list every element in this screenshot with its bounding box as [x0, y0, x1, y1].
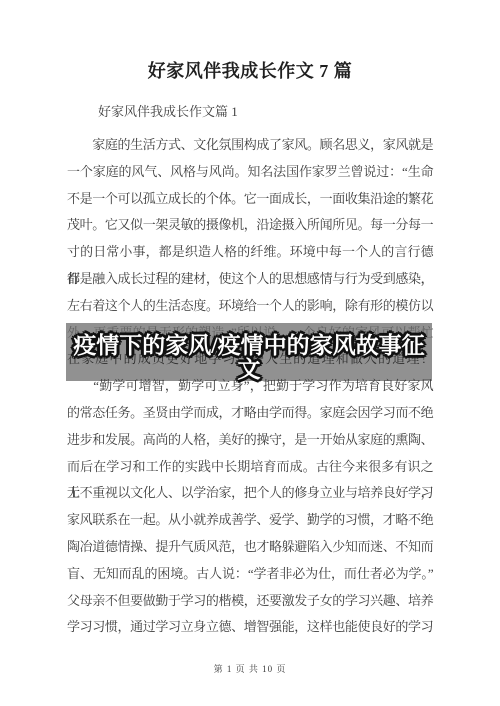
text-line: 不是一个可以孤立成长的个体。它一面成长，一面收集沿途的繁花 [67, 186, 433, 213]
text-line: 寸的日常小事，都是织造人格的纤维。环境中每一个人的言行德行， [67, 239, 433, 266]
text-line: 家庭的生活方式、文化氛围构成了家风。顾名思义，家风就是 [67, 132, 433, 159]
watermark-banner-text: 疫情下的家风/疫情中的家风故事征文 [66, 334, 432, 381]
paragraph-2: “勤学可增智，勤学可立身”，把勤于学习作为培育良好家风的常态任务。圣贤由学而成，… [67, 373, 433, 641]
text-line: 无不重视以文化人、以学治家，把个人的修身立业与培养良好学习 [67, 480, 433, 507]
text-line: 茂叶。它又似一架灵敏的摄像机，沿途摄入所闻所见。每一分每一 [67, 212, 433, 239]
text-line: 一个家庭的风气、风格与风尚。知名法国作家罗兰曾说过：“生命 [67, 159, 433, 186]
text-line: 进步和发展。高尚的人格，美好的操守，是一开始从家庭的熏陶、 [67, 427, 433, 454]
text-line: 而后在学习和工作的实践中长期培育而成。古往今来很多有识之士， [67, 454, 433, 481]
page-number-footer: 第 1 页 共 10 页 [0, 663, 500, 676]
text-line: 学习习惯，通过学习立身立德、增智强能，这样也能使良好的学习 [67, 614, 433, 641]
text-line: 左右着这个人的生活态度。环境给一个人的影响，除有形的模仿以 [67, 293, 433, 320]
document-page: 好家风伴我成长作文 7 篇 好家风伴我成长作文篇 1 家庭的生活方式、文化氛围构… [0, 0, 500, 706]
text-line: 都是融入成长过程的建材，使这个人的思想感情与行为受到感染， [67, 266, 433, 293]
text-line: 父母亲不但要做勤于学习的楷模，还要激发子女的学习兴趣、培养 [67, 588, 433, 615]
text-line: 的常态任务。圣贤由学而成，才略由学而得。家庭会因学习而不绝 [67, 400, 433, 427]
text-line: 盲、无知而乱的困境。古人说：“学者非必为仕，而仕者必为学。” [67, 561, 433, 588]
text-line: 家风联系在一起。从小就养成善学、爱学、勤学的习惯，才略不绝 [67, 507, 433, 534]
document-title: 好家风伴我成长作文 7 篇 [0, 59, 500, 83]
section-heading: 好家风伴我成长作文篇 1 [67, 98, 433, 125]
text-line: 陶冶道德情操、提升气质风范，也才略躲避陷入少知而迷、不知而 [67, 534, 433, 561]
